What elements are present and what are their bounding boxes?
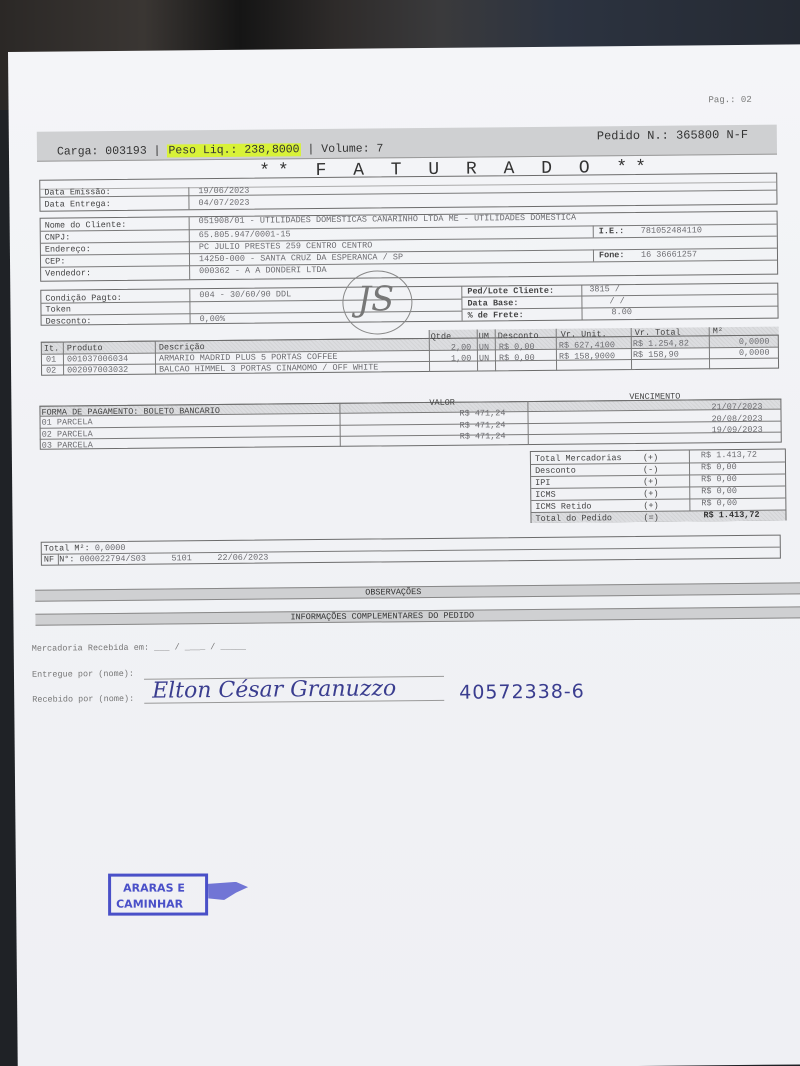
total-label: ICMS Retido	[535, 501, 591, 512]
recebido-por-label: Recebido por (nome):	[32, 694, 134, 705]
col-header-produto: Produto	[67, 343, 103, 353]
row-vr-unit: R$ 158,9000	[559, 351, 615, 362]
total-label: Desconto	[535, 466, 576, 476]
recebido-por-row: Recebido por (nome):	[32, 694, 134, 705]
total-label: ICMS	[535, 490, 556, 500]
row-vr-unit: R$ 627,4100	[559, 340, 615, 351]
document-number-handwritten: 40572338-6	[459, 680, 585, 703]
entrega-value: 04/07/2023	[198, 198, 249, 208]
col-header-vr-unit: Vr. Unit.	[561, 329, 607, 339]
endereco-value: PC JULIO PRESTES 259 CENTRO CENTRO	[199, 241, 373, 253]
peso-value: 238,8000	[244, 143, 299, 157]
header-bar: Carga: 003193 | Peso Liq.: 238,8000 | Vo…	[37, 125, 777, 162]
nome-cliente-value: 051908/01 - UTILIDADES DOMESTICAS CANARI…	[199, 213, 577, 227]
condicao-pagto-value: 004 - 30/60/90 DDL	[199, 289, 291, 300]
total-m2-value: 0,0000	[95, 543, 126, 553]
total-sign: (+)	[643, 477, 658, 487]
row-it: 01	[46, 355, 56, 365]
frete-label: % de Frete:	[468, 310, 524, 321]
nome-cliente-label: Nome do Cliente:	[45, 220, 127, 231]
row-desconto: R$ 0,00	[499, 342, 535, 352]
data-base-label: Data Base:	[467, 298, 518, 308]
nf-label: NF N°:	[44, 554, 75, 564]
pedido-label: Pedido N.:	[597, 129, 669, 144]
page-number: Pag.: 02	[708, 95, 751, 105]
row-um: UN	[479, 342, 489, 352]
ped-lote-label: Ped/Lote Cliente:	[467, 286, 554, 297]
items-table: It. Produto Descrição Qtde UM Desconto V…	[41, 325, 779, 372]
row-produto: 002097003032	[67, 365, 128, 376]
volume-value: 7	[376, 142, 383, 155]
ie-label: I.E.:	[599, 226, 625, 236]
parcela-vencimento: 19/09/2023	[712, 425, 763, 435]
col-header-m2: M²	[713, 326, 723, 336]
totals-row-mercadorias: Total Mercadorias (+) R$ 1.413,72	[531, 450, 785, 452]
ie-value: 781052484110	[641, 225, 702, 236]
carga-value: 003193	[105, 145, 147, 158]
signature: Elton César Granuzzo	[152, 676, 396, 703]
parcela-label: 02 PARCELA	[42, 429, 93, 439]
nf-date: 22/06/2023	[217, 553, 268, 563]
row-vr-total: R$ 1.254,82	[633, 338, 689, 349]
total-sign: (+)	[643, 453, 658, 463]
info-complementares-bar: INFORMAÇÕES COMPLEMENTARES DO PEDIDO	[35, 606, 800, 625]
company-stamp: ARARAS E CAMINHAR	[108, 874, 208, 916]
page-label: Pag.:	[708, 95, 735, 105]
total-value: R$ 0,00	[701, 474, 737, 484]
row-descricao: BALCAO HIMMEL 3 PORTAS CINAMOMO / OFF WH…	[159, 362, 378, 374]
recebida-em-field[interactable]: ___ / ____ / _____	[154, 642, 246, 653]
dates-box: Data Emissão: 19/06/2023 Data Entrega: 0…	[39, 173, 777, 212]
total-value: R$ 0,00	[701, 498, 737, 508]
vendedor-label: Vendedor:	[45, 268, 91, 278]
cnpj-value: 65.805.947/0001-15	[199, 229, 291, 240]
entrega-label: Data Entrega:	[44, 199, 110, 210]
cep-value: 14250-000 - SANTA CRUZ DA ESPERANCA / SP	[199, 252, 403, 264]
col-header-qtde: Qtde	[431, 332, 452, 342]
col-header-um: UM	[479, 331, 489, 341]
total-value: R$ 0,00	[701, 462, 737, 472]
stamp-line2: CAMINHAR	[116, 898, 183, 911]
col-header-vr-total: Vr. Total	[635, 328, 681, 338]
row-descricao: ARMARIO MADRID PLUS 5 PORTAS COFFEE	[159, 352, 338, 364]
total-pedido-value: R$ 1.413,72	[703, 510, 759, 521]
parcela-valor: R$ 471,24	[460, 420, 506, 430]
vendedor-value: 000362 - A A DONDERI LTDA	[199, 265, 327, 276]
row-produto: 001037006034	[67, 354, 128, 365]
col-header-it: It.	[44, 344, 59, 354]
total-sign: (-)	[643, 465, 658, 475]
carga-label: Carga:	[57, 145, 99, 158]
info-complementares-title: INFORMAÇÕES COMPLEMENTARES DO PEDIDO	[290, 611, 474, 623]
stamp-pointer-icon	[208, 882, 248, 900]
entregue-por-row: Entregue por (nome):	[32, 669, 134, 680]
row-qtde: 2,00	[451, 343, 472, 353]
row-m2: 0,0000	[739, 337, 770, 347]
cfop: 5101	[171, 553, 192, 563]
fone-value: 16 36661257	[641, 249, 697, 260]
valor-header: VALOR	[429, 398, 455, 408]
parcela-label: 03 PARCELA	[42, 440, 93, 450]
installments-table: FORMA DE PAGAMENTO: BOLETO BANCARIO VALO…	[39, 391, 781, 450]
observacoes-bar: OBSERVAÇÕES	[35, 582, 800, 601]
handwritten-initials: JS	[342, 270, 413, 335]
total-m2-label: Total M²:	[44, 543, 90, 553]
row-m2: 0,0000	[739, 348, 770, 358]
initials-text: JS	[357, 279, 394, 319]
cep-label: CEP:	[45, 256, 66, 266]
emissao-label: Data Emissão:	[44, 187, 110, 198]
col-header-desconto: Desconto	[498, 331, 539, 341]
row-qtde: 1,00	[451, 354, 472, 364]
page-value: 02	[741, 95, 752, 105]
parcela-valor: R$ 471,24	[460, 431, 506, 441]
total-sign: (+)	[643, 489, 658, 499]
desconto-value: 0,00%	[200, 314, 226, 324]
vencimento-header: VENCIMENTO	[629, 392, 680, 402]
token-label: Token	[45, 304, 71, 314]
stamp-line1: ARARAS E	[123, 882, 185, 895]
ped-lote-value: 3815 /	[589, 284, 620, 294]
parcela-vencimento: 20/08/2023	[712, 414, 763, 424]
total-label: Total Mercadorias	[535, 453, 622, 464]
row-vr-total: R$ 158,90	[633, 350, 679, 360]
condicao-pagto-label: Condição Pagto:	[45, 293, 122, 304]
pedido-number: 365800 N-F	[676, 128, 748, 143]
forma-pagamento-header: FORMA DE PAGAMENTO: BOLETO BANCARIO	[41, 406, 220, 418]
total-sign: (+)	[643, 501, 658, 511]
parcela-valor: R$ 471,24	[459, 408, 505, 418]
row-um: UN	[479, 353, 489, 363]
nf-info-box: Total M²: 0,0000 NF N°: 000022794/S03 51…	[41, 535, 781, 566]
recebida-em-row: Mercadoria Recebida em: ___ / ____ / ___…	[32, 642, 246, 654]
observacoes-title: OBSERVAÇÕES	[365, 587, 421, 598]
total-value: R$ 0,00	[701, 486, 737, 496]
entregue-por-label: Entregue por (nome):	[32, 669, 134, 680]
endereco-label: Endereço:	[45, 244, 91, 254]
fone-label: Fone:	[599, 250, 625, 260]
parcela-vencimento: 21/07/2023	[711, 402, 762, 412]
invoice-paper: Pag.: 02 Carga: 003193 | Peso Liq.: 238,…	[8, 44, 800, 1066]
parcela-label: 01 PARCELA	[42, 417, 93, 427]
total-label: IPI	[535, 478, 550, 488]
nf-number: 000022794/S03	[80, 554, 146, 565]
peso-label: Peso Liq.:	[168, 144, 237, 158]
volume-label: Volume:	[321, 143, 369, 156]
recebida-em-label: Mercadoria Recebida em:	[32, 643, 149, 654]
data-base-value: / /	[609, 296, 624, 306]
total-label: Total do Pedido	[535, 513, 612, 524]
emissao-value: 19/06/2023	[198, 186, 249, 196]
row-it: 02	[46, 366, 56, 376]
total-value: R$ 1.413,72	[701, 450, 757, 461]
total-sign: (=)	[643, 513, 658, 523]
frete-value: 8.00	[611, 307, 632, 317]
totals-box: Total Mercadorias (+) R$ 1.413,72 Descon…	[530, 449, 787, 523]
row-desconto: R$ 0,00	[499, 353, 535, 363]
client-box: Nome do Cliente: 051908/01 - UTILIDADES …	[40, 211, 779, 282]
col-header-descricao: Descrição	[159, 342, 205, 352]
desconto-label: Desconto:	[46, 316, 92, 326]
cnpj-label: CNPJ:	[45, 232, 71, 242]
